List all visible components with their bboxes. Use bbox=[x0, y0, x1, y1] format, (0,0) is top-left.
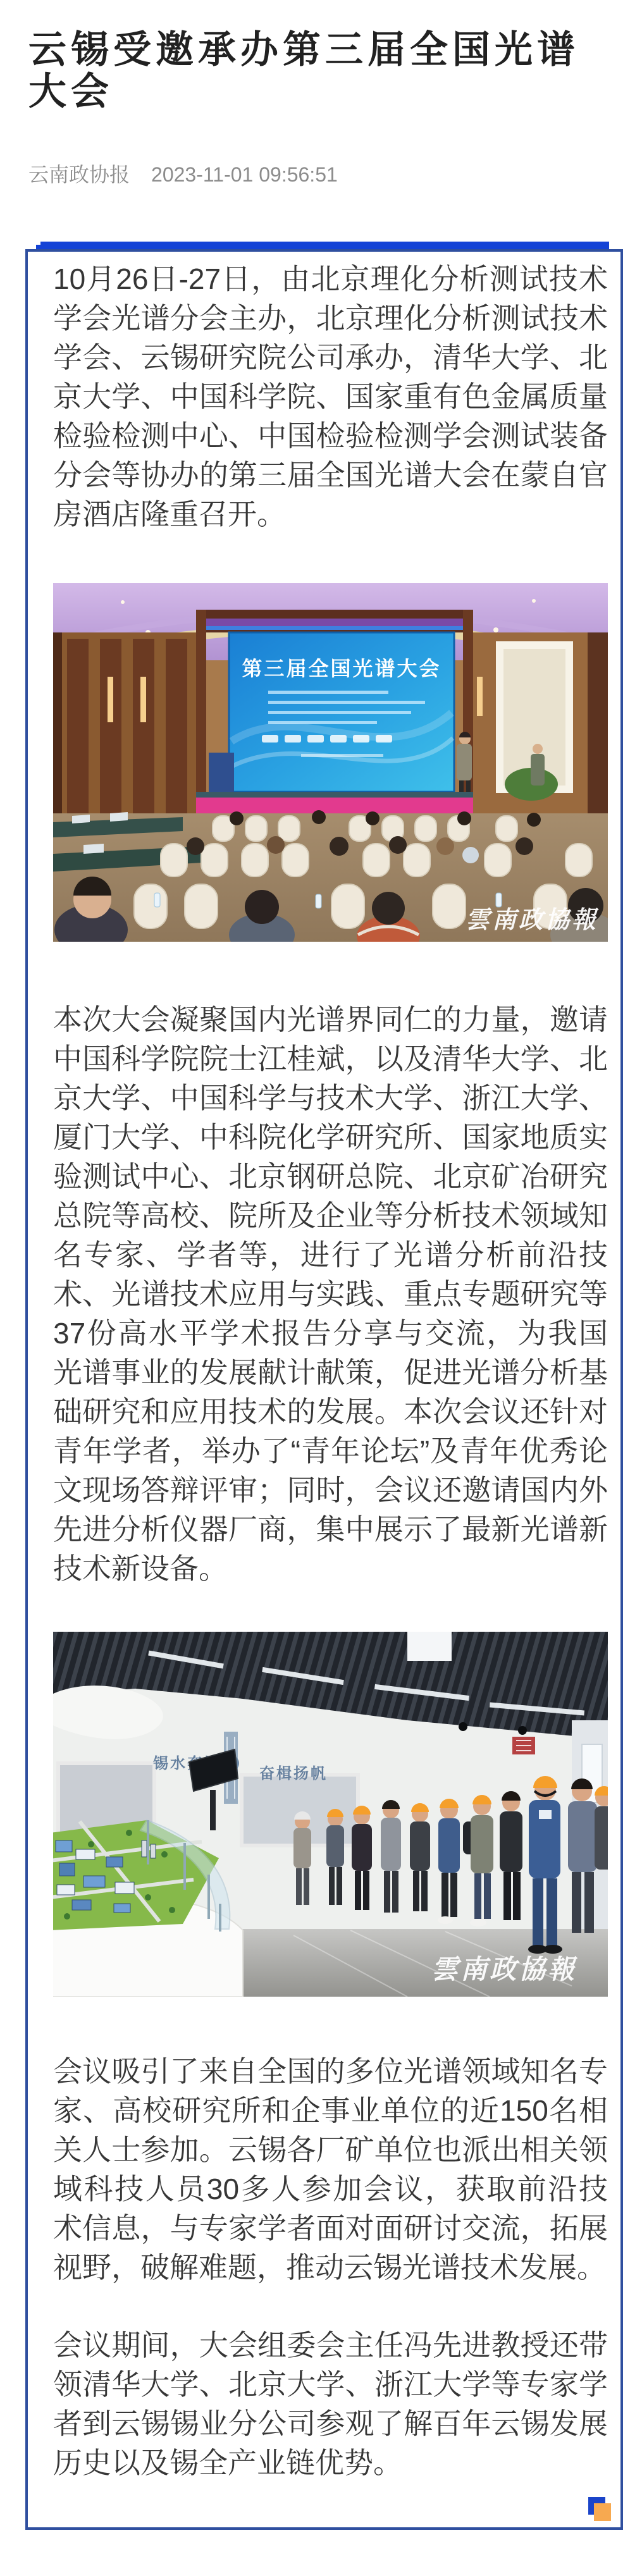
paragraph-4: 会议期间，大会组委会主任冯先进教授还带领清华大学、北京大学、浙江大学等专家学者到… bbox=[53, 2326, 608, 2482]
laptop-icon bbox=[72, 815, 90, 823]
article-source: 云南政协报 bbox=[28, 163, 130, 186]
photo1-watermark-text: 雲南政協報 bbox=[466, 907, 599, 934]
paragraph-2: 本次大会凝聚国内光谱界同仁的力量，邀请中国科学院院士江桂斌，以及清华大学、北京大… bbox=[53, 1000, 608, 1588]
article-content-box: 10月26日-27日，由北京理化分析测试技术学会光谱分会主办，北京理化分析测试技… bbox=[25, 249, 623, 2530]
logo-orange-square-icon bbox=[594, 2503, 611, 2521]
door-attendant-figure bbox=[531, 744, 545, 786]
spotlight-icon bbox=[518, 1726, 527, 1735]
screen-title-text: 第三届全国光谱大会 bbox=[242, 657, 441, 680]
model-chimney bbox=[142, 1840, 147, 1857]
article-datetime: 2023-11-01 09:56:51 bbox=[151, 163, 338, 186]
article-meta: 云南政协报2023-11-01 09:56:51 bbox=[28, 163, 614, 186]
photo-conference-hall: 第三届全国光谱大会 bbox=[53, 583, 608, 942]
paragraph-1: 10月26日-27日，由北京理化分析测试技术学会光谱分会主办，北京理化分析测试技… bbox=[53, 259, 608, 534]
page-title: 云锡受邀承办第三届全国光谱大会 bbox=[28, 0, 617, 113]
spotlight-icon bbox=[459, 1722, 467, 1731]
photo2-watermark-text: 雲南政協報 bbox=[431, 1954, 578, 1984]
left-wood-wall bbox=[53, 632, 196, 822]
conference-hall-illustration: 第三届全国光谱大会 bbox=[53, 583, 608, 942]
photo-exhibition-visit: 锡水奔流 奋楫扬帆 bbox=[53, 1632, 608, 1997]
exhibition-visit-illustration: 锡水奔流 奋楫扬帆 bbox=[53, 1632, 608, 1997]
badge-icon bbox=[539, 1810, 552, 1819]
paragraph-3: 会议吸引了来自全国的多位光谱领域知名专家、高校研究所和企事业单位的近150名相关… bbox=[53, 2052, 608, 2287]
decorative-ribbon bbox=[36, 242, 609, 249]
article-page: 云锡受邀承办第三届全国光谱大会 云南政协报2023-11-01 09:56:51… bbox=[0, 0, 642, 2537]
projector-icon bbox=[407, 1632, 452, 1661]
wall-lamp-icon bbox=[140, 677, 146, 722]
laptop-icon bbox=[83, 844, 104, 854]
wall-lamp-icon bbox=[477, 677, 483, 716]
right-wall-door bbox=[473, 632, 608, 822]
stage-screen: 第三届全国光谱大会 bbox=[229, 632, 454, 792]
stage-sign bbox=[209, 753, 234, 792]
footer-logo bbox=[588, 2497, 612, 2521]
laptop-icon bbox=[110, 812, 128, 822]
visitor-figure bbox=[595, 1786, 608, 1870]
wall-lamp-icon bbox=[108, 677, 113, 722]
wall-slogan-2: 奋楫扬帆 bbox=[259, 1765, 328, 1782]
model-chimney bbox=[151, 1844, 156, 1858]
